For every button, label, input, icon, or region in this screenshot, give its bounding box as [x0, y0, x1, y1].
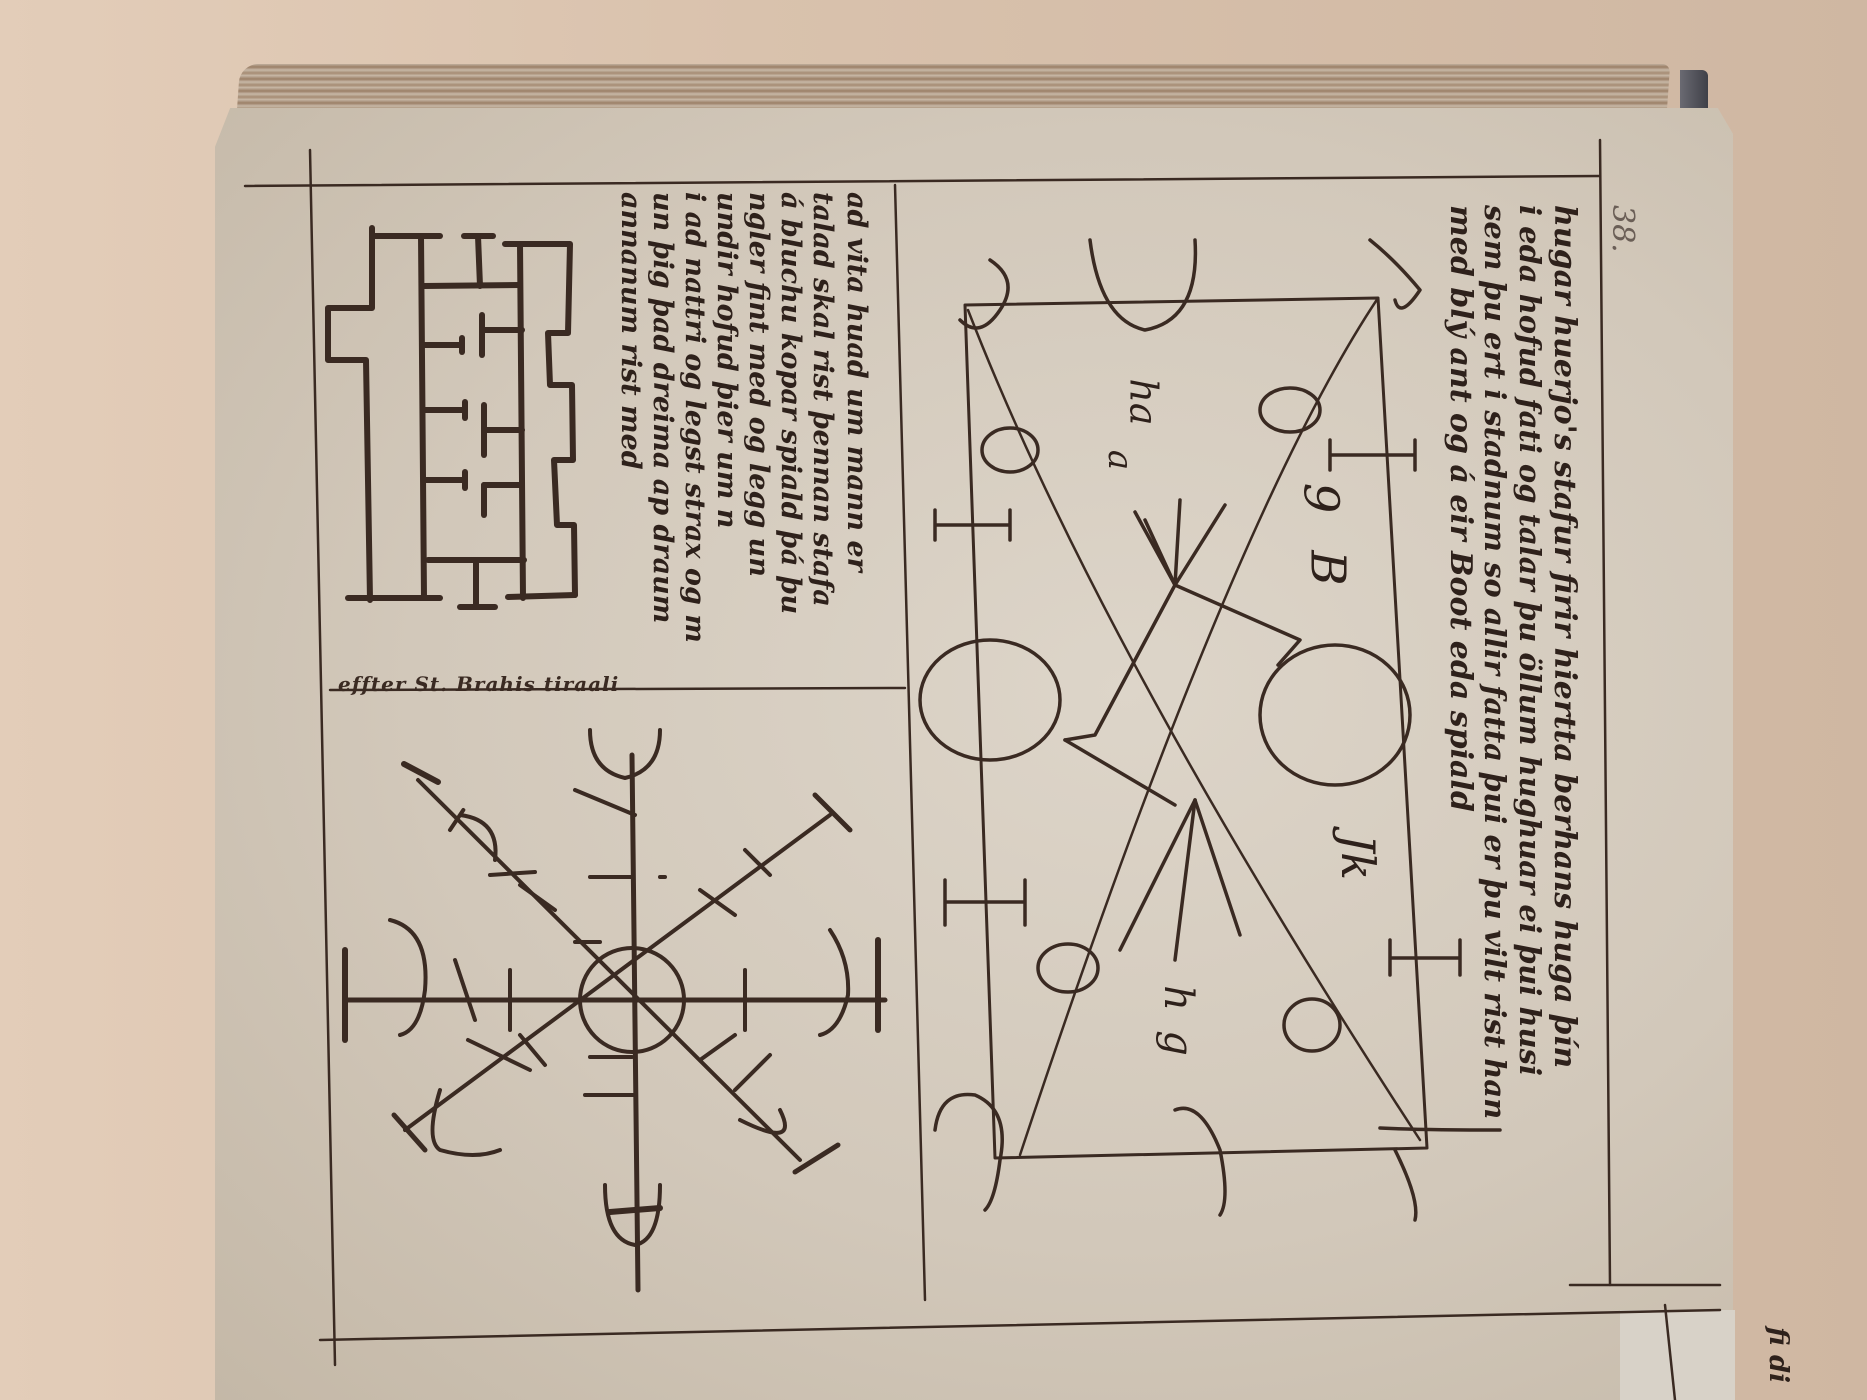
spell-line-2: talad skal rist þennan stafa — [807, 192, 838, 607]
sigil-letter-B: B — [1300, 550, 1356, 585]
spell-line-6: i ad nattri og legst strax og m — [679, 192, 710, 643]
figure-caption: effter St. Brahis tiraali — [338, 672, 619, 696]
sigil-letter-ha: ha — [1122, 378, 1166, 425]
spell-line-7: un þig þad dreima ap draum — [647, 192, 678, 623]
sigil-letter-9: 9 — [1292, 483, 1348, 514]
maze-stave — [328, 228, 575, 607]
sigil-letter-a: a — [1100, 450, 1140, 470]
spell-line-1: ad vita huad um mann er — [841, 192, 872, 572]
instruction-line-3: sem þu ert i stadnum so allir fatta þui … — [1478, 205, 1512, 1119]
instruction-line-4: med blý ant og á eir Boot eda spiald — [1443, 205, 1478, 812]
spell-line-3: á bluchu kopar spiald þá þu — [775, 192, 806, 614]
spell-line-4: ngler fint med og legg un — [743, 192, 774, 577]
sigil-letter-g: g — [1155, 1030, 1201, 1056]
compass-stave — [345, 730, 885, 1290]
instruction-line-1: hugar huerjo's stafur firir hiertta berh… — [1547, 205, 1582, 1068]
rectangle-sigil — [920, 240, 1500, 1220]
instruction-line-2: i eda hofud fati og talar þu öllum hughu… — [1513, 205, 1547, 1076]
adjacent-page-text: fi di — [1763, 1327, 1793, 1383]
page-number: 38. — [1605, 205, 1640, 253]
ink-drawings — [0, 0, 1867, 1400]
sigil-letter-Jk: Jk — [1331, 834, 1385, 880]
spell-line-8: annanum rist med — [615, 192, 646, 470]
spell-line-5: undir hofud þier um n — [711, 192, 742, 528]
sigil-letter-h: h — [1155, 985, 1201, 1011]
